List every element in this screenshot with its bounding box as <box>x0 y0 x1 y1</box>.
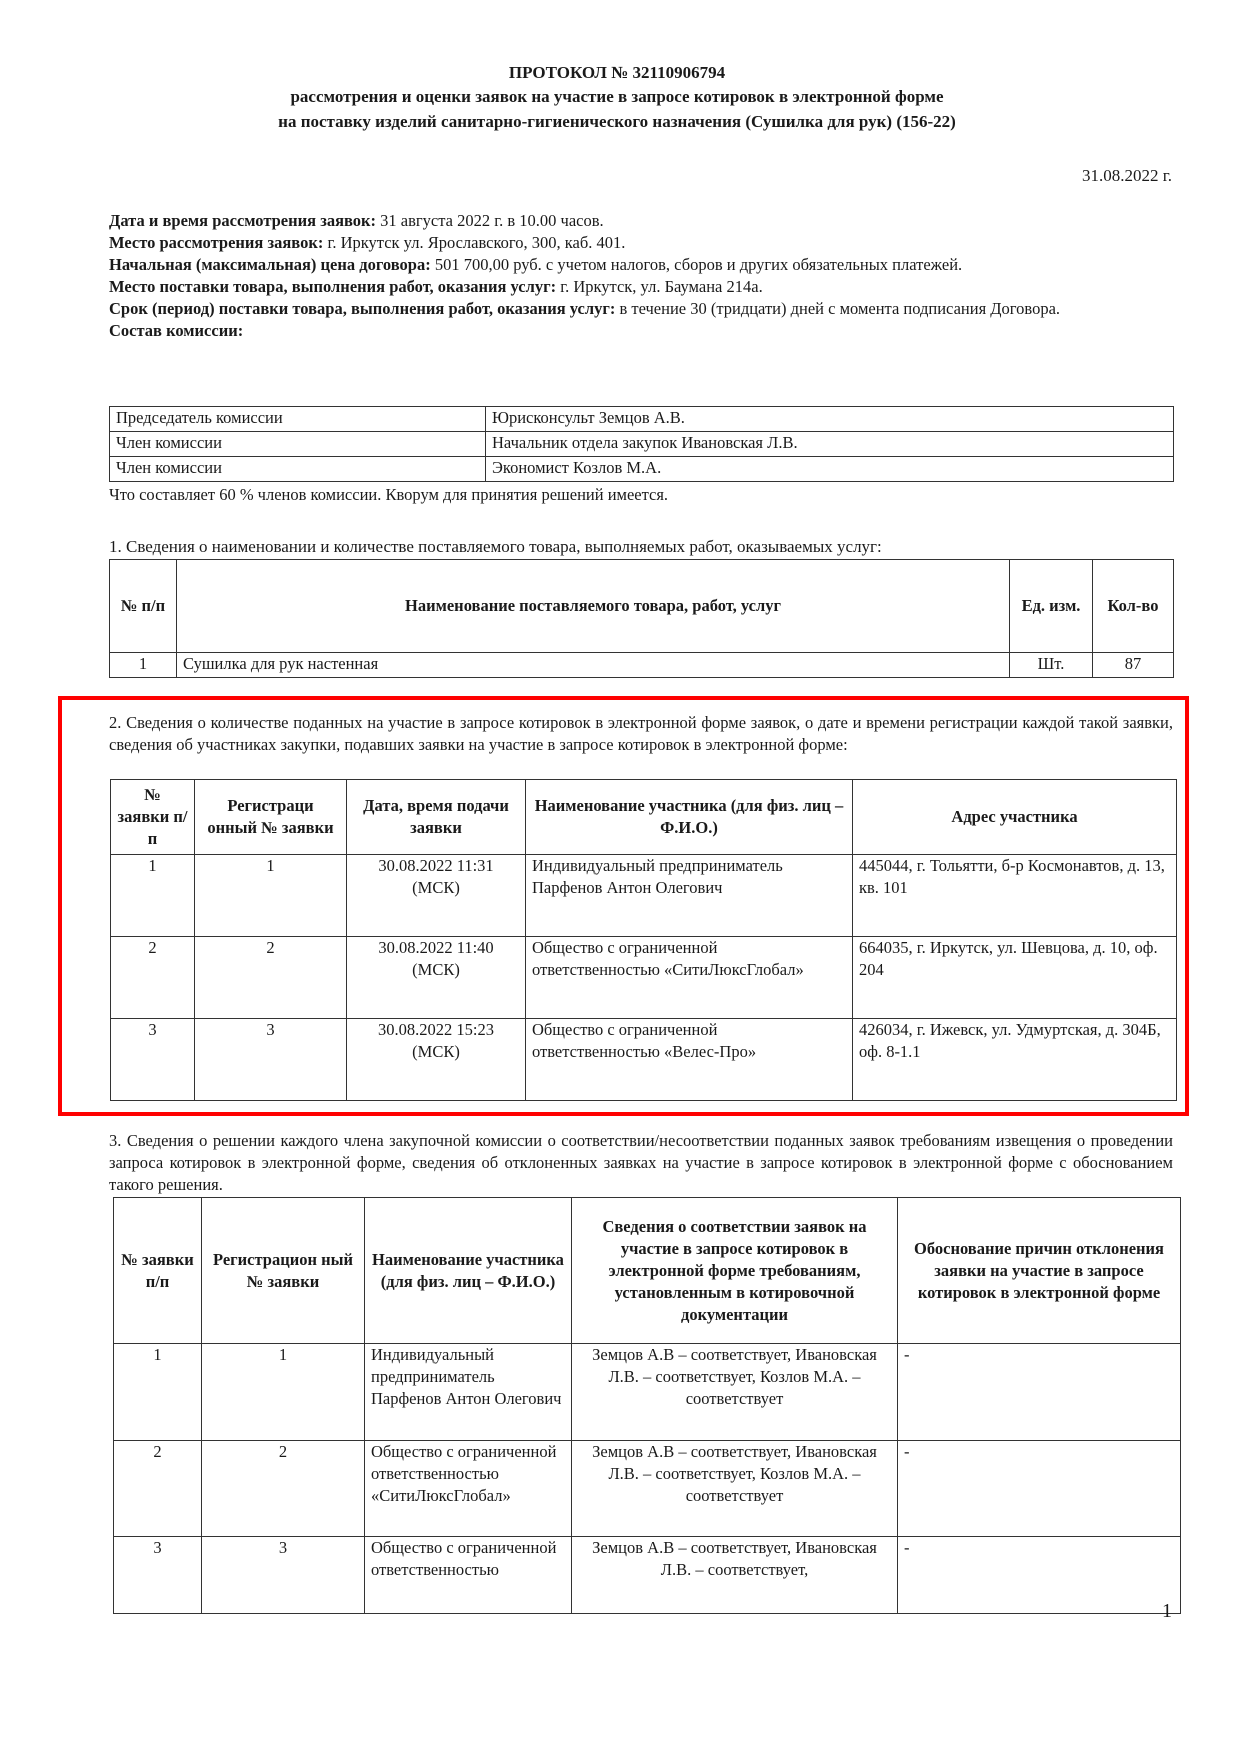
protocol-subtitle-1: рассмотрения и оценки заявок на участие … <box>0 84 1234 109</box>
table-row: 2 2 30.08.2022 11:40 (МСК) Общество с ог… <box>111 937 1177 1019</box>
table-row: 1 Сушилка для рук настенная Шт. 87 <box>110 653 1174 678</box>
commission-heading: Состав комиссии: <box>109 320 1173 342</box>
goods-table: № п/п Наименование поставляемого товара,… <box>109 559 1174 678</box>
table-row: 1 1 Индивидуальный предприниматель Парфе… <box>114 1344 1181 1441</box>
commission-table: Председатель комиссии Юрисконсульт Земцо… <box>109 406 1174 482</box>
table-row: 1 1 30.08.2022 11:31 (МСК) Индивидуальны… <box>111 855 1177 937</box>
page-number: 1 <box>1162 1600 1172 1623</box>
table-row: Председатель комиссии Юрисконсульт Земцо… <box>110 407 1174 432</box>
quorum-text: Что составляет 60 % членов комиссии. Кво… <box>109 484 1173 506</box>
info-delivery-place: Место поставки товара, выполнения работ,… <box>109 276 1173 298</box>
table-header-row: № заявки п/п Регистрацион ный № заявки Н… <box>114 1198 1181 1344</box>
section1-heading: 1. Сведения о наименовании и количестве … <box>109 536 1173 558</box>
protocol-title: ПРОТОКОЛ № 32110906794 <box>0 60 1234 85</box>
section3-heading: 3. Сведения о решении каждого члена заку… <box>109 1130 1173 1196</box>
info-review-place: Место рассмотрения заявок: г. Иркутск ул… <box>109 232 1173 254</box>
protocol-subtitle-2: на поставку изделий санитарно-гигиеничес… <box>0 109 1234 134</box>
applications-table: № заявки п/п Регистраци онный № заявки Д… <box>110 779 1177 1101</box>
table-header-row: № п/п Наименование поставляемого товара,… <box>110 560 1174 653</box>
table-header-row: № заявки п/п Регистраци онный № заявки Д… <box>111 780 1177 855</box>
decisions-table: № заявки п/п Регистрацион ный № заявки Н… <box>113 1197 1181 1614</box>
info-delivery-term: Срок (период) поставки товара, выполнени… <box>109 298 1173 320</box>
info-max-price: Начальная (максимальная) цена договора: … <box>109 254 1173 276</box>
table-row: 3 3 Общество с ограниченной ответственно… <box>114 1537 1181 1614</box>
protocol-date: 31.08.2022 г. <box>1082 166 1172 186</box>
table-row: Член комиссии Начальник отдела закупок И… <box>110 432 1174 457</box>
info-block: Дата и время рассмотрения заявок: 31 авг… <box>109 210 1173 342</box>
table-row: 3 3 30.08.2022 15:23 (МСК) Общество с ог… <box>111 1019 1177 1101</box>
table-row: Член комиссии Экономист Козлов М.А. <box>110 457 1174 482</box>
section2-heading: 2. Сведения о количестве поданных на уча… <box>109 712 1173 756</box>
info-review-datetime: Дата и время рассмотрения заявок: 31 авг… <box>109 210 1173 232</box>
table-row: 2 2 Общество с ограниченной ответственно… <box>114 1441 1181 1537</box>
